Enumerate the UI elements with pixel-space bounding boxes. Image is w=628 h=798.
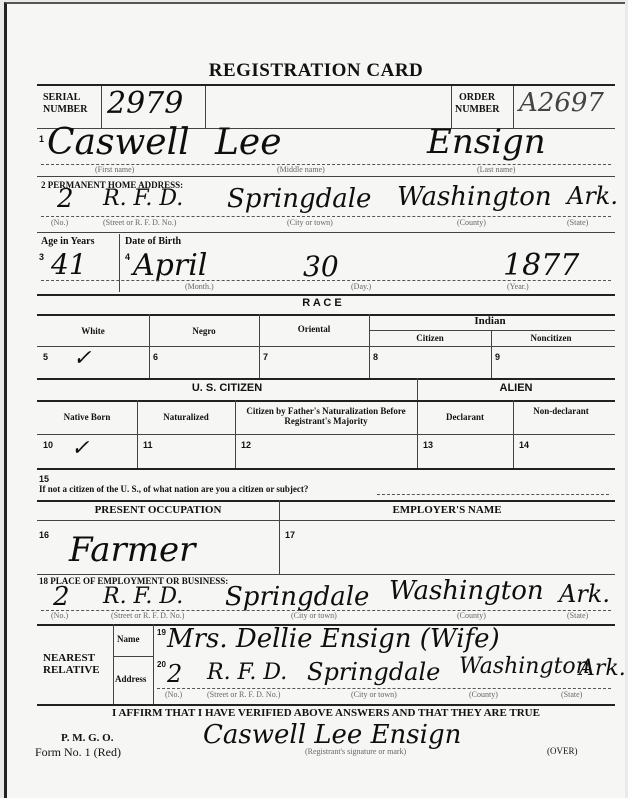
signature-caption: (Registrant's signature or mark) (305, 747, 406, 756)
relative-name: Mrs. Dellie Ensign (Wife) (167, 624, 500, 654)
field-number: 20 (157, 660, 166, 669)
relative-address-city: Springdale (307, 658, 440, 686)
cit-col-non-declarant: Non-declarant (523, 406, 599, 416)
divider (37, 468, 615, 470)
divider (113, 624, 114, 704)
caption-year: (Year.) (507, 282, 529, 291)
divider (37, 520, 615, 521)
address-street: R. F. D. (103, 186, 183, 211)
relative-name-label: Name (117, 634, 140, 644)
field-number: 4 (125, 252, 130, 262)
first-name-caption: (First name) (95, 165, 134, 174)
field-number: 8 (373, 352, 378, 362)
place-no: 2 (53, 582, 70, 612)
caption-no: (No.) (51, 611, 68, 620)
cit-col-naturalized: Naturalized (137, 412, 235, 422)
nearest-relative-label: NEAREST (43, 652, 95, 664)
registrant-signature: Caswell Lee Ensign (203, 720, 461, 750)
last-name: Ensign (427, 122, 546, 162)
divider (37, 500, 615, 502)
occupation-header: PRESENT OCCUPATION (37, 504, 279, 516)
address-no: 2 (57, 184, 74, 214)
order-label-2: NUMBER (455, 104, 499, 115)
middle-name-caption: (Middle name) (277, 165, 325, 174)
caption-state: (State) (567, 611, 588, 620)
divider (369, 330, 615, 331)
caption-no: (No.) (165, 690, 182, 699)
nearest-relative-label-2: RELATIVE (43, 664, 100, 676)
race-col-noncitizen: Noncitizen (491, 333, 611, 343)
caption-state: (State) (567, 218, 588, 227)
caption-street: (Street or R. F. D. No.) (103, 218, 176, 227)
caption-month: (Month.) (185, 282, 214, 291)
serial-number: 2979 (107, 86, 183, 121)
caption-county: (County) (469, 690, 498, 699)
form-number: Form No. 1 (Red) (35, 745, 121, 760)
serial-label: SERIAL (43, 92, 80, 103)
indian-header: Indian (369, 316, 611, 326)
address-city: Springdale (227, 184, 371, 214)
registration-card: REGISTRATION CARD SERIAL NUMBER 2979 ORD… (4, 2, 625, 798)
divider (205, 86, 206, 128)
cit-col-declarant: Declarant (417, 412, 513, 422)
caption-state: (State) (561, 690, 582, 699)
field-number: 11 (143, 440, 153, 450)
divider (37, 434, 615, 435)
divider (37, 400, 615, 402)
place-street: R. F. D. (103, 584, 183, 609)
race-col-white: White (37, 326, 149, 336)
q15-answer-line (377, 494, 609, 495)
middle-name: Lee (215, 122, 282, 163)
relative-address-county: Washington (459, 654, 590, 679)
pmgo-label: P. M. G. O. (61, 732, 113, 744)
first-name: Caswell (47, 122, 190, 163)
caption-city: (City or town) (291, 611, 337, 620)
divider (41, 280, 611, 281)
caption-county: (County) (457, 218, 486, 227)
divider (119, 234, 120, 292)
divider (37, 176, 615, 177)
relative-address-street: R. F. D. (207, 660, 287, 685)
age-label: Age in Years (41, 236, 95, 247)
divider (41, 216, 611, 217)
age-value: 41 (51, 248, 87, 281)
cit-col-native-born: Native Born (37, 412, 137, 422)
caption-street: (Street or R. F. D. No.) (111, 611, 184, 620)
race-col-negro: Negro (149, 326, 259, 336)
divider (153, 624, 154, 704)
birth-month: April (133, 248, 207, 283)
order-label: ORDER (459, 92, 495, 103)
q15-question: If not a citizen of the U. S., of what n… (39, 484, 308, 494)
us-citizen-header: U. S. CITIZEN (37, 382, 417, 394)
caption-city: (City or town) (351, 690, 397, 699)
divider (113, 656, 153, 657)
caption-county: (County) (457, 611, 486, 620)
field-number: 9 (495, 352, 500, 362)
native-born-check-mark: ✓ (71, 436, 89, 461)
alien-header: ALIEN (417, 382, 615, 394)
birth-day: 30 (303, 250, 339, 283)
place-state: Ark. (559, 580, 610, 608)
race-col-citizen: Citizen (369, 333, 491, 343)
field-number: 7 (263, 352, 268, 362)
field-number: 5 (43, 352, 48, 362)
card-title: REGISTRATION CARD (7, 60, 625, 82)
address-state: Ark. (567, 182, 618, 210)
field-number: 3 (39, 252, 44, 262)
occupation-value: Farmer (69, 530, 195, 570)
divider (157, 688, 611, 689)
caption-street: (Street or R. F. D. No.) (207, 690, 280, 699)
place-city: Springdale (225, 582, 369, 612)
last-name-caption: (Last name) (477, 165, 515, 174)
address-county: Washington (397, 182, 552, 212)
dob-label: Date of Birth (125, 236, 181, 247)
divider (37, 232, 615, 233)
field-number: 13 (423, 440, 433, 450)
divider (37, 704, 615, 706)
field-number: 10 (43, 440, 53, 450)
divider (37, 346, 615, 347)
order-number: A2697 (519, 88, 604, 118)
field-number: 15 (39, 474, 49, 484)
affirmation: I AFFIRM THAT I HAVE VERIFIED ABOVE ANSW… (37, 707, 615, 719)
divider (417, 378, 418, 468)
cit-col-fathers-naturalization: Citizen by Father's Naturalization Befor… (243, 406, 409, 426)
field-number: 14 (519, 440, 529, 450)
field-number: 17 (285, 530, 295, 540)
race-col-oriental: Oriental (259, 324, 369, 334)
field-number: 6 (153, 352, 158, 362)
place-county: Washington (389, 576, 544, 606)
relative-address-no: 2 (167, 660, 182, 688)
relative-address-label: Address (115, 674, 146, 684)
divider (37, 574, 615, 575)
relative-address-state: Ark. (579, 656, 626, 681)
employer-header: EMPLOYER'S NAME (279, 504, 615, 516)
caption-city: (City or town) (287, 218, 333, 227)
field-number: 12 (241, 440, 251, 450)
caption-day: (Day.) (351, 282, 371, 291)
divider (37, 294, 615, 296)
serial-label-2: NUMBER (43, 104, 87, 115)
field-number: 1 (39, 134, 44, 144)
caption-no: (No.) (51, 218, 68, 227)
birth-year: 1877 (503, 248, 579, 283)
field-number: 19 (157, 628, 166, 637)
over-label: (OVER) (547, 746, 578, 756)
divider (37, 378, 615, 380)
race-header: R A C E (257, 297, 387, 309)
white-check-mark: ✓ (73, 346, 91, 371)
field-number: 16 (39, 530, 49, 540)
